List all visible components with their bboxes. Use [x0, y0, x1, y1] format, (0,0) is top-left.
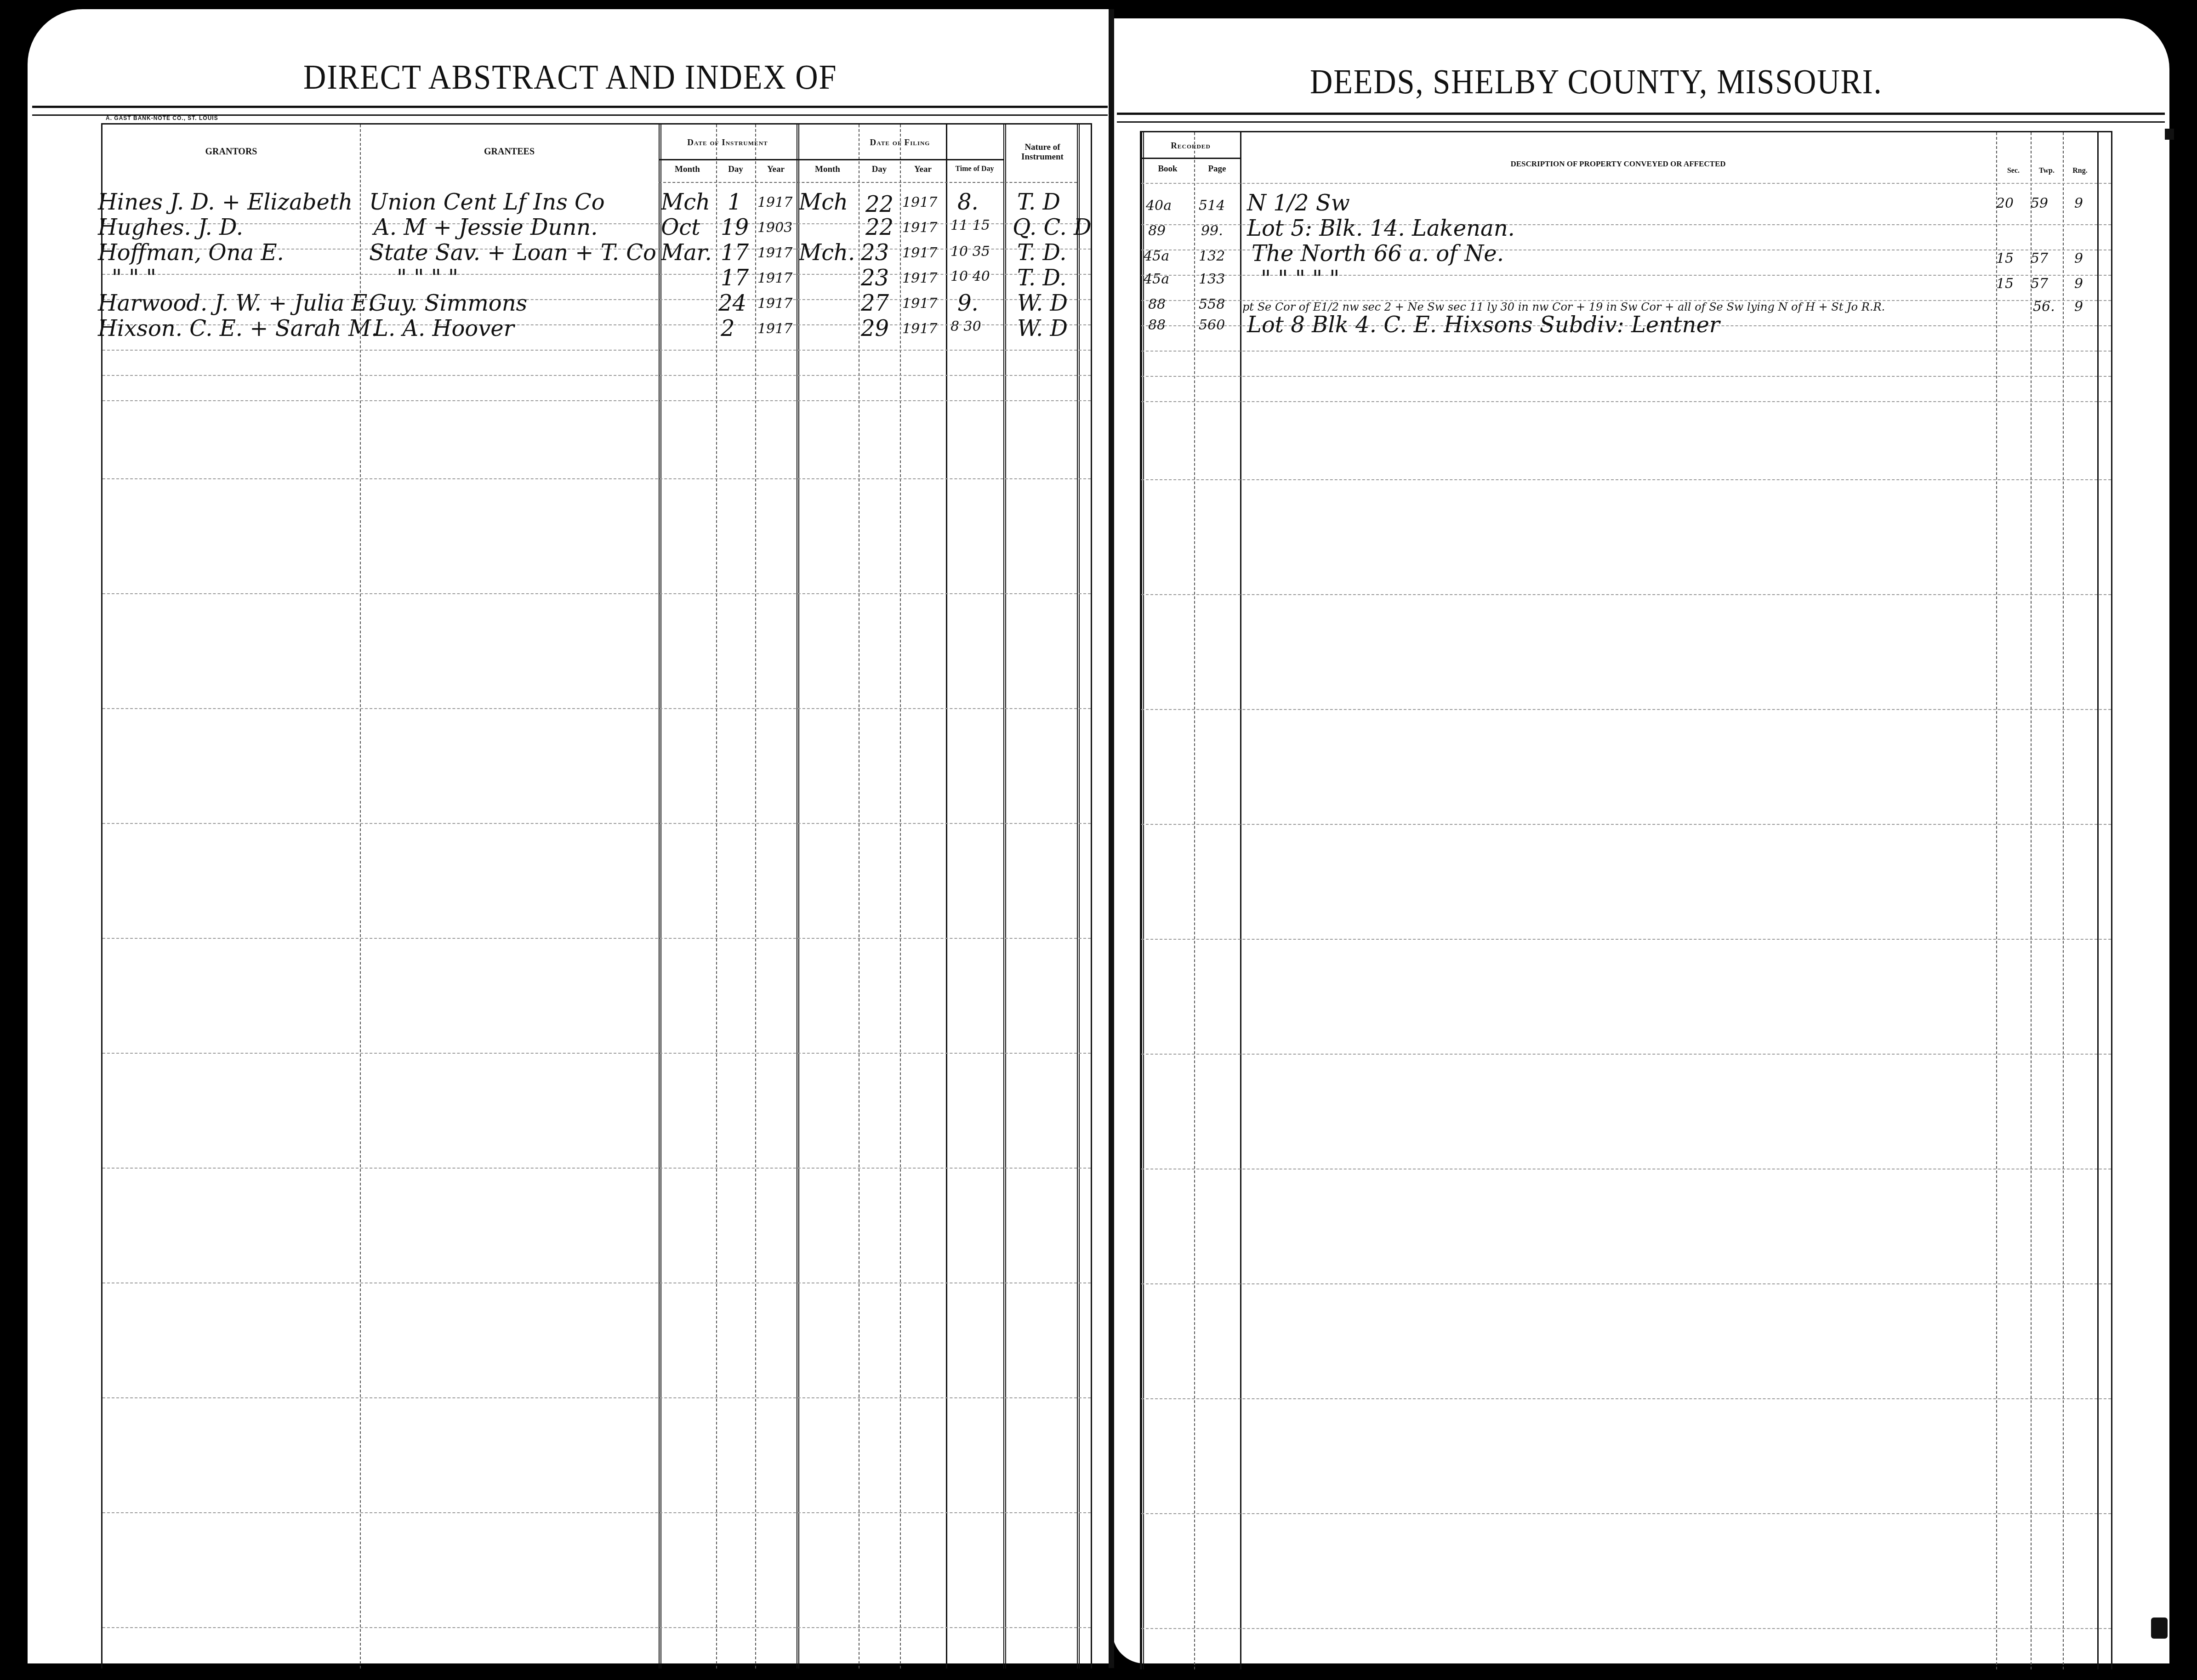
entry-grantors: Hixson. C. E. + Sarah M. — [98, 318, 378, 340]
ledger-right: Recorded Book Page DESCRIPTION OF PROPER… — [1140, 131, 2112, 1669]
entry-book: 88 — [1148, 298, 1166, 312]
row-rule — [102, 593, 1091, 594]
book-gutter — [1109, 9, 1114, 1668]
printer-imprint: A. GAST BANK-NOTE CO., ST. LOUIS — [106, 115, 218, 121]
header-inst-day: Day — [716, 165, 755, 175]
entry-grantors: Hughes. J. D. — [98, 216, 243, 238]
entry-description: Lot 8 Blk 4. C. E. Hixsons Subdiv: Lentn… — [1247, 314, 1720, 336]
entry-page: 558 — [1199, 298, 1225, 312]
row-rule — [102, 938, 1091, 939]
entry-file-day: 22 — [865, 193, 894, 216]
row-rule — [1141, 1398, 2111, 1399]
row-rule — [102, 350, 1091, 351]
row-rule — [102, 1053, 1091, 1054]
row-rule — [1141, 1169, 2111, 1169]
entry-rng: 9 — [2074, 252, 2083, 266]
entry-rng: 9 — [2074, 277, 2083, 291]
col-divider-filing — [797, 125, 799, 1669]
entry-page: 99. — [1201, 224, 1223, 238]
page-title-left: DIRECT ABSTRACT AND INDEX OF — [303, 57, 837, 97]
entry-sec: 15 — [1996, 252, 2014, 266]
entry-description: The North 66 a. of Ne. — [1252, 243, 1504, 265]
entry-inst-year: 1917 — [757, 272, 792, 285]
entry-page: 132 — [1199, 250, 1225, 263]
entry-file-day: 22 — [865, 216, 894, 238]
row-rule — [1141, 351, 2111, 352]
col-divider-instrument — [659, 125, 661, 1669]
entry-inst-year: 1903 — [757, 221, 792, 235]
entry-grantors: Hines J. D. + Elizabeth — [98, 191, 353, 213]
entry-twp: 59 — [2031, 197, 2048, 210]
entry-description: N 1/2 Sw — [1247, 192, 1350, 214]
header-nature-of-instrument: Nature of Instrument — [1008, 143, 1077, 162]
header-inst-year: Year — [755, 165, 797, 175]
entry-nature: W. D — [1017, 292, 1068, 314]
entry-file-year: 1917 — [902, 196, 937, 210]
header-bottom-rule — [659, 182, 1077, 183]
header-date-of-filing: Date of Filing — [797, 138, 1003, 148]
entry-inst-day: 24 — [718, 292, 746, 314]
header-description: DESCRIPTION OF PROPERTY CONVEYED OR AFFE… — [1240, 160, 1996, 169]
row-rule — [1141, 1628, 2111, 1629]
grantor-grantee-divider — [360, 125, 361, 1669]
row-rule — [102, 1397, 1091, 1398]
row-rule — [1141, 939, 2111, 940]
header-twp: Twp. — [2031, 167, 2063, 175]
entry-grantees: Guy. Simmons — [369, 292, 527, 314]
entry-book: 45a — [1144, 250, 1169, 263]
entry-file-year: 1917 — [902, 272, 937, 285]
row-rule — [102, 1283, 1091, 1283]
entry-book: 45a — [1144, 272, 1169, 286]
entry-file-day: 23 — [861, 242, 889, 264]
row-rule — [1141, 594, 2111, 595]
row-rule — [1141, 709, 2111, 710]
entry-page: 133 — [1199, 272, 1225, 286]
col-divider-end — [2097, 132, 2099, 1669]
row-rule — [102, 1627, 1091, 1628]
col-divider-page — [1194, 132, 1195, 1669]
entry-time: 9. — [957, 292, 979, 314]
header-sec: Sec. — [1996, 167, 2031, 175]
entry-grantors: Hoffman, Ona E. — [98, 242, 284, 264]
entry-time: 10 35 — [951, 245, 990, 259]
header-rule-left — [32, 106, 1108, 116]
entry-inst-year: 1917 — [757, 196, 792, 210]
row-rule — [1141, 1283, 2111, 1284]
entry-description: pt Se Cor of E1/2 nw sec 2 + Ne Sw sec 1… — [1242, 301, 1885, 312]
entry-inst-day: 19 — [721, 216, 749, 238]
header-rng: Rng. — [2063, 167, 2097, 175]
entry-grantees-ditto: " " " " — [397, 267, 458, 289]
header-subrule — [797, 159, 1003, 160]
entry-inst-day: 17 — [721, 267, 749, 289]
entry-grantees: A. M + Jessie Dunn. — [374, 216, 598, 238]
header-date-of-instrument: Date of Instrument — [659, 138, 797, 148]
col-divider-description — [1240, 132, 1241, 1669]
row-rule — [102, 708, 1091, 709]
entry-grantors: Harwood. J. W. + Julia E. — [98, 292, 375, 314]
row-rule — [102, 274, 1091, 275]
row-rule — [102, 375, 1091, 376]
entry-time: 8 30 — [951, 320, 981, 334]
entry-sec: 20 — [1996, 197, 2014, 210]
row-rule — [1141, 183, 2111, 184]
entry-nature: T. D. — [1017, 267, 1067, 289]
header-subrule — [1141, 158, 1240, 159]
entry-file-day: 29 — [861, 318, 889, 340]
col-divider — [900, 125, 901, 1669]
entry-book: 40a — [1146, 199, 1172, 213]
entry-inst-year: 1917 — [757, 322, 792, 336]
header-rule-right — [1117, 113, 2165, 123]
entry-twp: 57 — [2031, 252, 2048, 266]
entry-inst-year: 1917 — [757, 246, 792, 260]
header-file-year: Year — [900, 165, 946, 175]
entry-book: 89 — [1148, 224, 1166, 238]
row-rule — [102, 823, 1091, 824]
col-divider-sec — [1996, 132, 1997, 1669]
binding-clip — [2151, 1618, 2168, 1639]
row-rule — [102, 1168, 1091, 1169]
entry-nature: T. D. — [1017, 242, 1067, 264]
entry-twp: 57 — [2031, 277, 2048, 291]
entry-file-day: 23 — [861, 267, 889, 289]
col-divider — [755, 125, 756, 1669]
row-rule — [1141, 479, 2111, 480]
entry-nature: W. D — [1017, 318, 1068, 340]
entry-time: 10 40 — [951, 270, 990, 284]
col-divider-rng — [2063, 132, 2064, 1669]
entry-inst-day: 2 — [721, 318, 735, 340]
row-rule — [1141, 1054, 2111, 1055]
entry-inst-month: Mch — [661, 191, 710, 213]
col-divider-book — [1141, 132, 1144, 1669]
header-subrule — [659, 159, 797, 160]
entry-grantees: L. A. Hoover — [374, 318, 514, 340]
entry-file-month: Mch. — [799, 242, 855, 264]
entry-nature: T. D — [1017, 191, 1060, 213]
header-inst-month: Month — [659, 165, 716, 175]
header-file-month: Month — [797, 165, 859, 175]
col-divider — [946, 125, 947, 1669]
row-rule — [102, 400, 1091, 401]
entry-file-year: 1917 — [902, 221, 937, 235]
entry-description: Lot 5: Blk. 14. Lakenan. — [1247, 217, 1515, 239]
row-rule — [1141, 824, 2111, 825]
entry-sec: 15 — [1996, 277, 2014, 291]
header-page: Page — [1194, 165, 1240, 174]
binding-clip — [2165, 129, 2174, 140]
entry-rng: 9 — [2074, 197, 2083, 210]
row-rule — [1141, 401, 2111, 402]
entry-time: 8. — [957, 191, 979, 213]
entry-file-month: Mch — [799, 191, 848, 213]
header-time-of-day: Time of Day — [946, 165, 1003, 173]
ledger-left: GRANTORS GRANTEES Date of Instrument Mon… — [101, 123, 1092, 1669]
entry-inst-year: 1917 — [757, 297, 792, 311]
entry-file-year: 1917 — [902, 297, 937, 311]
entry-inst-month: Mar. — [661, 242, 712, 264]
entry-description-ditto: " " " " " — [1261, 268, 1339, 290]
page-title-right: DEEDS, SHELBY COUNTY, MISSOURI. — [1310, 62, 1882, 102]
row-rule — [102, 1512, 1091, 1513]
entry-grantors-ditto: " " " — [112, 267, 156, 289]
row-rule — [1141, 376, 2111, 377]
row-rule — [1141, 1513, 2111, 1514]
row-rule — [102, 478, 1091, 479]
entry-book: 88 — [1148, 318, 1166, 332]
entry-file-day: 27 — [861, 292, 889, 314]
col-divider-twp — [2031, 132, 2032, 1669]
header-recorded: Recorded — [1141, 142, 1240, 151]
entry-grantees: State Sav. + Loan + T. Co — [369, 242, 656, 264]
entry-page: 560 — [1199, 318, 1225, 332]
header-book: Book — [1141, 165, 1194, 174]
entry-time: 11 15 — [951, 219, 990, 233]
entry-file-year: 1917 — [902, 246, 937, 260]
header-grantees: GRANTEES — [360, 147, 659, 157]
col-divider — [716, 125, 717, 1669]
header-file-day: Day — [859, 165, 900, 175]
col-divider-nature — [1003, 125, 1006, 1669]
entry-grantees: Union Cent Lf Ins Co — [369, 191, 605, 213]
entry-inst-day: 1 — [728, 191, 742, 213]
header-grantors: GRANTORS — [102, 147, 360, 157]
col-divider — [859, 125, 859, 1669]
entry-rng: 9 — [2074, 300, 2083, 314]
entry-inst-day: 17 — [721, 242, 749, 264]
entry-nature: Q. C. D — [1013, 216, 1092, 238]
entry-page: 514 — [1199, 199, 1225, 213]
col-divider-end — [1077, 125, 1080, 1669]
entry-inst-month: Oct — [661, 216, 700, 238]
entry-twp: 56. — [2033, 300, 2055, 314]
entry-file-year: 1917 — [902, 322, 937, 336]
